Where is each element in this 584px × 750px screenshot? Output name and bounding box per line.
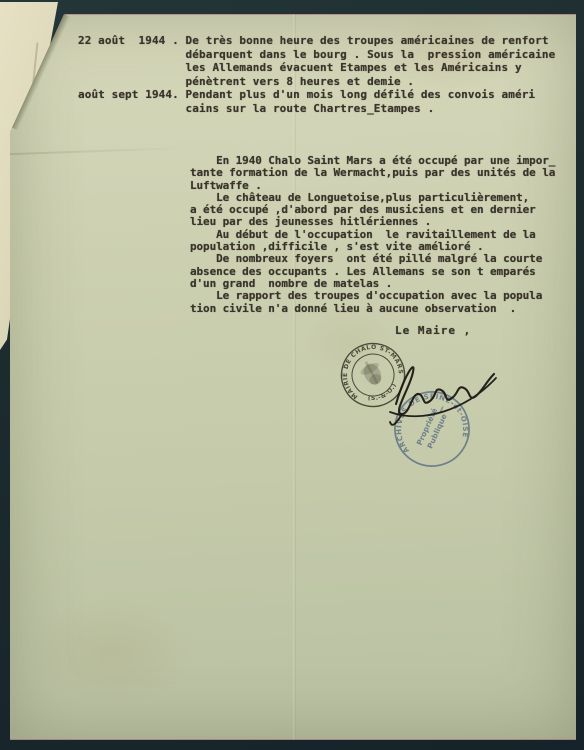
scanned-document-view: 22 août 1944 . De très bonne heure des t…: [0, 0, 584, 750]
signature-main-stroke: [396, 367, 494, 414]
vertical-fold-line: [293, 14, 296, 740]
document-page: 22 août 1944 . De très bonne heure des t…: [10, 14, 576, 740]
mayor-signature: [382, 352, 502, 432]
chronology-text: 22 août 1944 . De très bonne heure des t…: [78, 34, 555, 116]
signature-descender-loop: [390, 414, 402, 425]
horizontal-crease: [10, 147, 190, 155]
narrative-text: En 1940 Chalo Saint Mars a été occupé pa…: [190, 155, 555, 315]
